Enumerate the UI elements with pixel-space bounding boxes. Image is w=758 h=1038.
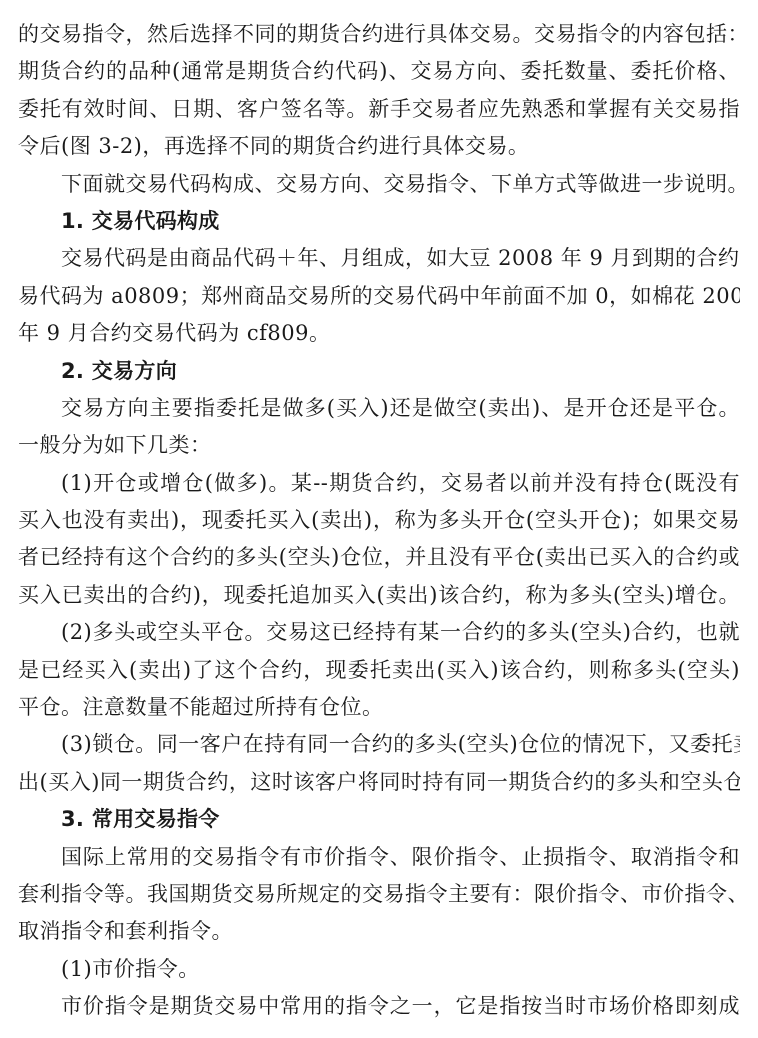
paragraph-line: 期货合约的品种(通常是期货合约代码)、交易方向、委托数量、委托价格、 — [18, 53, 740, 90]
paragraph-line: 的交易指令，然后选择不同的期货合约进行具体交易。交易指令的内容包括： — [18, 16, 740, 53]
paragraph-line: (3)锁仓。同一客户在持有同一合约的多头(空头)仓位的情况下，又委托卖 — [18, 726, 740, 763]
paragraph-line: 交易代码是由商品代码＋年、月组成，如大豆 2008 年 9 月到期的合约交 — [18, 240, 740, 277]
section-heading-trade-direction: 2. 交易方向 — [18, 353, 740, 390]
paragraph-line: 是已经买入(卖出)了这个合约，现委托卖出(买入)该合约，则称多头(空头) — [18, 652, 740, 689]
paragraph-line: (1)开仓或增仓(做多)。某--期货合约，交易者以前并没有持仓(既没有 — [18, 465, 740, 502]
paragraph-line: 套利指令等。我国期货交易所规定的交易指令主要有：限价指令、市价指令、 — [18, 876, 740, 913]
paragraph-line: 年 9 月合约交易代码为 cf809。 — [18, 315, 740, 352]
paragraph-line: 取消指令和套利指令。 — [18, 913, 740, 950]
paragraph-line: 出(买入)同一期货合约，这时该客户将同时持有同一期货合约的多头和空头仓位。 — [18, 764, 740, 801]
subheading-market-order: (1)市价指令。 — [18, 951, 740, 988]
paragraph-line: 一般分为如下几类： — [18, 427, 740, 464]
paragraph-line: 易代码为 a0809；郑州商品交易所的交易代码中年前面不加 0，如棉花 2008 — [18, 278, 740, 315]
paragraph-line: 平仓。注意数量不能超过所持有仓位。 — [18, 689, 740, 726]
paragraph-line: 委托有效时间、日期、客户签名等。新手交易者应先熟悉和掌握有关交易指 — [18, 91, 740, 128]
paragraph-line: 买入已卖出的合约)，现委托追加买入(卖出)该合约，称为多头(空头)增仓。 — [18, 577, 740, 614]
paragraph-line: 交易方向主要指委托是做多(买入)还是做空(卖出)、是开仓还是平仓。 — [18, 390, 740, 427]
paragraph-line: 下面就交易代码构成、交易方向、交易指令、下单方式等做进一步说明。 — [18, 166, 740, 203]
paragraph-line: 令后(图 3-2)，再选择不同的期货合约进行具体交易。 — [18, 128, 740, 165]
paragraph-line: 者已经持有这个合约的多头(空头)仓位，并且没有平仓(卖出已买入的合约或 — [18, 539, 740, 576]
section-heading-common-orders: 3. 常用交易指令 — [18, 801, 740, 838]
paragraph-line: 国际上常用的交易指令有市价指令、限价指令、止损指令、取消指令和 — [18, 839, 740, 876]
document-page: 的交易指令，然后选择不同的期货合约进行具体交易。交易指令的内容包括： 期货合约的… — [18, 16, 740, 1026]
paragraph-line: 市价指令是期货交易中常用的指令之一，它是指按当时市场价格即刻成 — [18, 988, 740, 1025]
paragraph-line: (2)多头或空头平仓。交易这已经持有某一合约的多头(空头)合约，也就 — [18, 614, 740, 651]
paragraph-line: 买入也没有卖出)，现委托买入(卖出)，称为多头开仓(空头开仓)；如果交易 — [18, 502, 740, 539]
section-heading-trade-code: 1. 交易代码构成 — [18, 203, 740, 240]
